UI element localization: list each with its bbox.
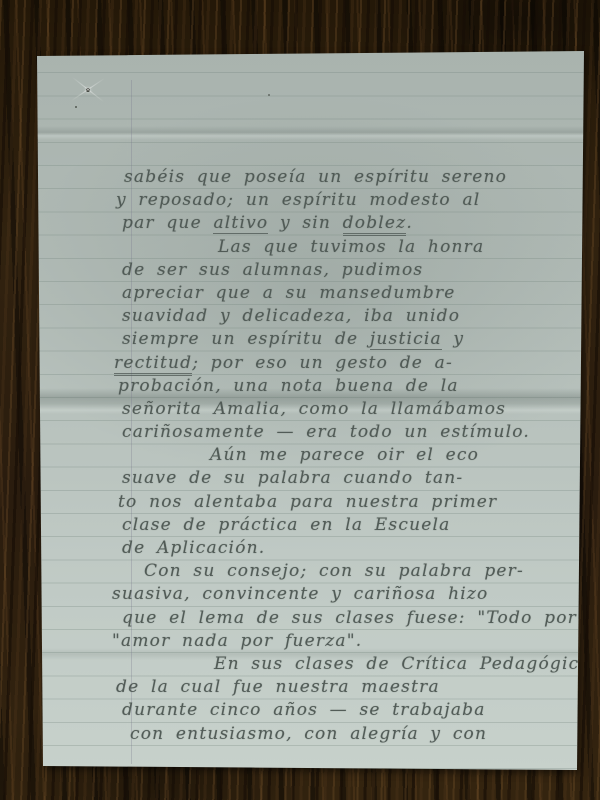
pinhole-mark bbox=[86, 88, 90, 92]
handwritten-line: suasiva, convincente y cariñosa hizo bbox=[112, 583, 578, 606]
handwritten-text: sabéis que poseía un espíritu serenoy re… bbox=[122, 166, 578, 746]
text-segment: cariñosamente — era todo un estímulo. bbox=[122, 422, 530, 442]
handwritten-line: siempre un espíritu de justicia y bbox=[122, 328, 578, 351]
underlined-word: rectitud bbox=[114, 353, 192, 376]
text-segment: . bbox=[406, 213, 413, 233]
handwritten-line: que el lema de sus clases fuese: "Todo p… bbox=[122, 607, 578, 630]
handwritten-line: apreciar que a su mansedumbre bbox=[122, 282, 578, 305]
handwritten-line: suave de su palabra cuando tan- bbox=[122, 467, 578, 490]
handwritten-line: par que altivo y sin doblez. bbox=[122, 212, 578, 235]
text-segment: suavidad y delicadeza, iba unido bbox=[122, 306, 460, 326]
text-segment: apreciar que a su mansedumbre bbox=[122, 283, 456, 303]
text-segment: durante cinco años — se trabajaba bbox=[122, 700, 486, 720]
fold-crease-top bbox=[34, 126, 586, 140]
underlined-word: doblez bbox=[343, 213, 407, 236]
text-segment: de la cual fue nuestra maestra bbox=[116, 677, 440, 697]
text-segment: que el lema de sus clases fuese: "Todo p… bbox=[122, 608, 577, 628]
text-segment: clase de práctica en la Escuela bbox=[122, 515, 450, 535]
text-segment: y reposado; un espíritu modesto al bbox=[116, 190, 480, 210]
text-segment: de ser sus alumnas, pudimos bbox=[122, 260, 423, 280]
text-segment: par que bbox=[122, 213, 213, 233]
handwritten-line: sabéis que poseía un espíritu sereno bbox=[124, 166, 578, 189]
text-segment: de Aplicación. bbox=[122, 538, 265, 558]
letter-paper: sabéis que poseía un espíritu serenoy re… bbox=[34, 50, 586, 772]
paper-speck bbox=[268, 94, 270, 96]
handwritten-line: Aún me parece oir el eco bbox=[210, 444, 578, 467]
text-segment: sabéis que poseía un espíritu sereno bbox=[124, 167, 507, 187]
handwritten-line: Con su consejo; con su palabra per- bbox=[144, 560, 578, 583]
handwritten-line: suavidad y delicadeza, iba unido bbox=[122, 305, 578, 328]
text-segment: y bbox=[442, 329, 464, 349]
handwritten-line: de ser sus alumnas, pudimos bbox=[122, 259, 578, 282]
underlined-word: justicia bbox=[370, 329, 442, 350]
text-segment: "amor nada por fuerza". bbox=[112, 631, 362, 651]
text-segment: probación, una nota buena de la bbox=[118, 376, 459, 396]
handwritten-line: y reposado; un espíritu modesto al bbox=[116, 189, 578, 212]
handwritten-line: to nos alentaba para nuestra primer bbox=[118, 491, 578, 514]
handwritten-line: En sus clases de Crítica Pedagógica bbox=[214, 653, 578, 676]
handwritten-line: de la cual fue nuestra maestra bbox=[116, 676, 578, 699]
text-segment: suave de su palabra cuando tan- bbox=[122, 468, 463, 488]
handwritten-line: de Aplicación. bbox=[122, 537, 578, 560]
text-segment: señorita Amalia, como la llamábamos bbox=[122, 399, 506, 419]
text-segment: ; por eso un gesto de a- bbox=[192, 353, 453, 373]
letter-paper-wrapper: sabéis que poseía un espíritu serenoy re… bbox=[34, 50, 586, 772]
handwritten-line: cariñosamente — era todo un estímulo. bbox=[122, 421, 578, 444]
handwritten-line: Las que tuvimos la honra bbox=[218, 236, 578, 259]
handwritten-line: señorita Amalia, como la llamábamos bbox=[122, 398, 578, 421]
text-segment: Las que tuvimos la honra bbox=[218, 237, 484, 257]
text-segment: suasiva, convincente y cariñosa hizo bbox=[112, 584, 489, 604]
handwritten-line: probación, una nota buena de la bbox=[118, 375, 578, 398]
handwritten-line: rectitud; por eso un gesto de a- bbox=[114, 352, 578, 375]
text-segment: to nos alentaba para nuestra primer bbox=[118, 492, 497, 512]
text-segment: Con su consejo; con su palabra per- bbox=[144, 561, 524, 581]
text-segment: siempre un espíritu de bbox=[122, 329, 370, 349]
text-segment: con entusiasmo, con alegría y con bbox=[130, 724, 487, 744]
handwritten-line: clase de práctica en la Escuela bbox=[122, 514, 578, 537]
text-segment: y sin bbox=[268, 213, 342, 233]
text-segment: Aún me parece oir el eco bbox=[210, 445, 479, 465]
handwritten-line: "amor nada por fuerza". bbox=[112, 630, 578, 653]
underlined-word: altivo bbox=[213, 213, 268, 234]
handwritten-line: con entusiasmo, con alegría y con bbox=[130, 723, 578, 746]
text-segment: En sus clases de Crítica Pedagógica bbox=[214, 654, 591, 674]
handwritten-line: durante cinco años — se trabajaba bbox=[122, 699, 578, 722]
